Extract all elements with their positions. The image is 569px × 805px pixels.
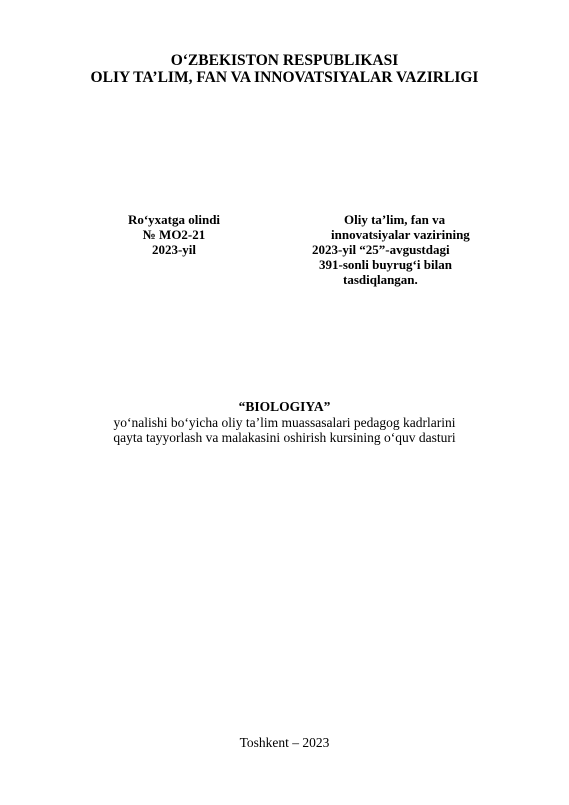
registration-year: 2023-yil <box>101 242 247 257</box>
header-country-line: O‘ZBEKISTON RESPUBLIKASI <box>0 52 569 69</box>
document-page: O‘ZBEKISTON RESPUBLIKASI OLIY TA’LIM, FA… <box>0 0 569 805</box>
approval-block: Oliy ta’lim, fan va innovatsiyalar vazir… <box>296 212 476 287</box>
program-description-line: qayta tayyorlash va malakasini oshirish … <box>0 430 569 445</box>
program-title-block: “BIOLOGIYA” yo‘nalishi bo‘yicha oliy ta’… <box>0 399 569 445</box>
registration-number: № MO2-21 <box>101 227 247 242</box>
program-description-line: yo‘nalishi bo‘yicha oliy ta’lim muassasa… <box>0 415 569 430</box>
registration-block: Ro‘yxatga olindi № MO2-21 2023-yil <box>101 212 247 257</box>
approval-line: Oliy ta’lim, fan va <box>296 212 476 227</box>
header-ministry-line: OLIY TA’LIM, FAN VA INNOVATSIYALAR VAZIR… <box>0 69 569 86</box>
place-and-year: Toshkent – 2023 <box>0 735 569 751</box>
approval-line: innovatsiyalar vazirining <box>296 227 476 242</box>
ministry-header: O‘ZBEKISTON RESPUBLIKASI OLIY TA’LIM, FA… <box>0 52 569 86</box>
registration-label: Ro‘yxatga olindi <box>101 212 247 227</box>
approval-line: 391-sonli buyrug‘i bilan <box>296 257 476 272</box>
approval-line: tasdiqlangan. <box>296 272 476 287</box>
approval-line: 2023-yil “25”-avgustdagi <box>296 242 476 257</box>
course-name: “BIOLOGIYA” <box>0 399 569 415</box>
